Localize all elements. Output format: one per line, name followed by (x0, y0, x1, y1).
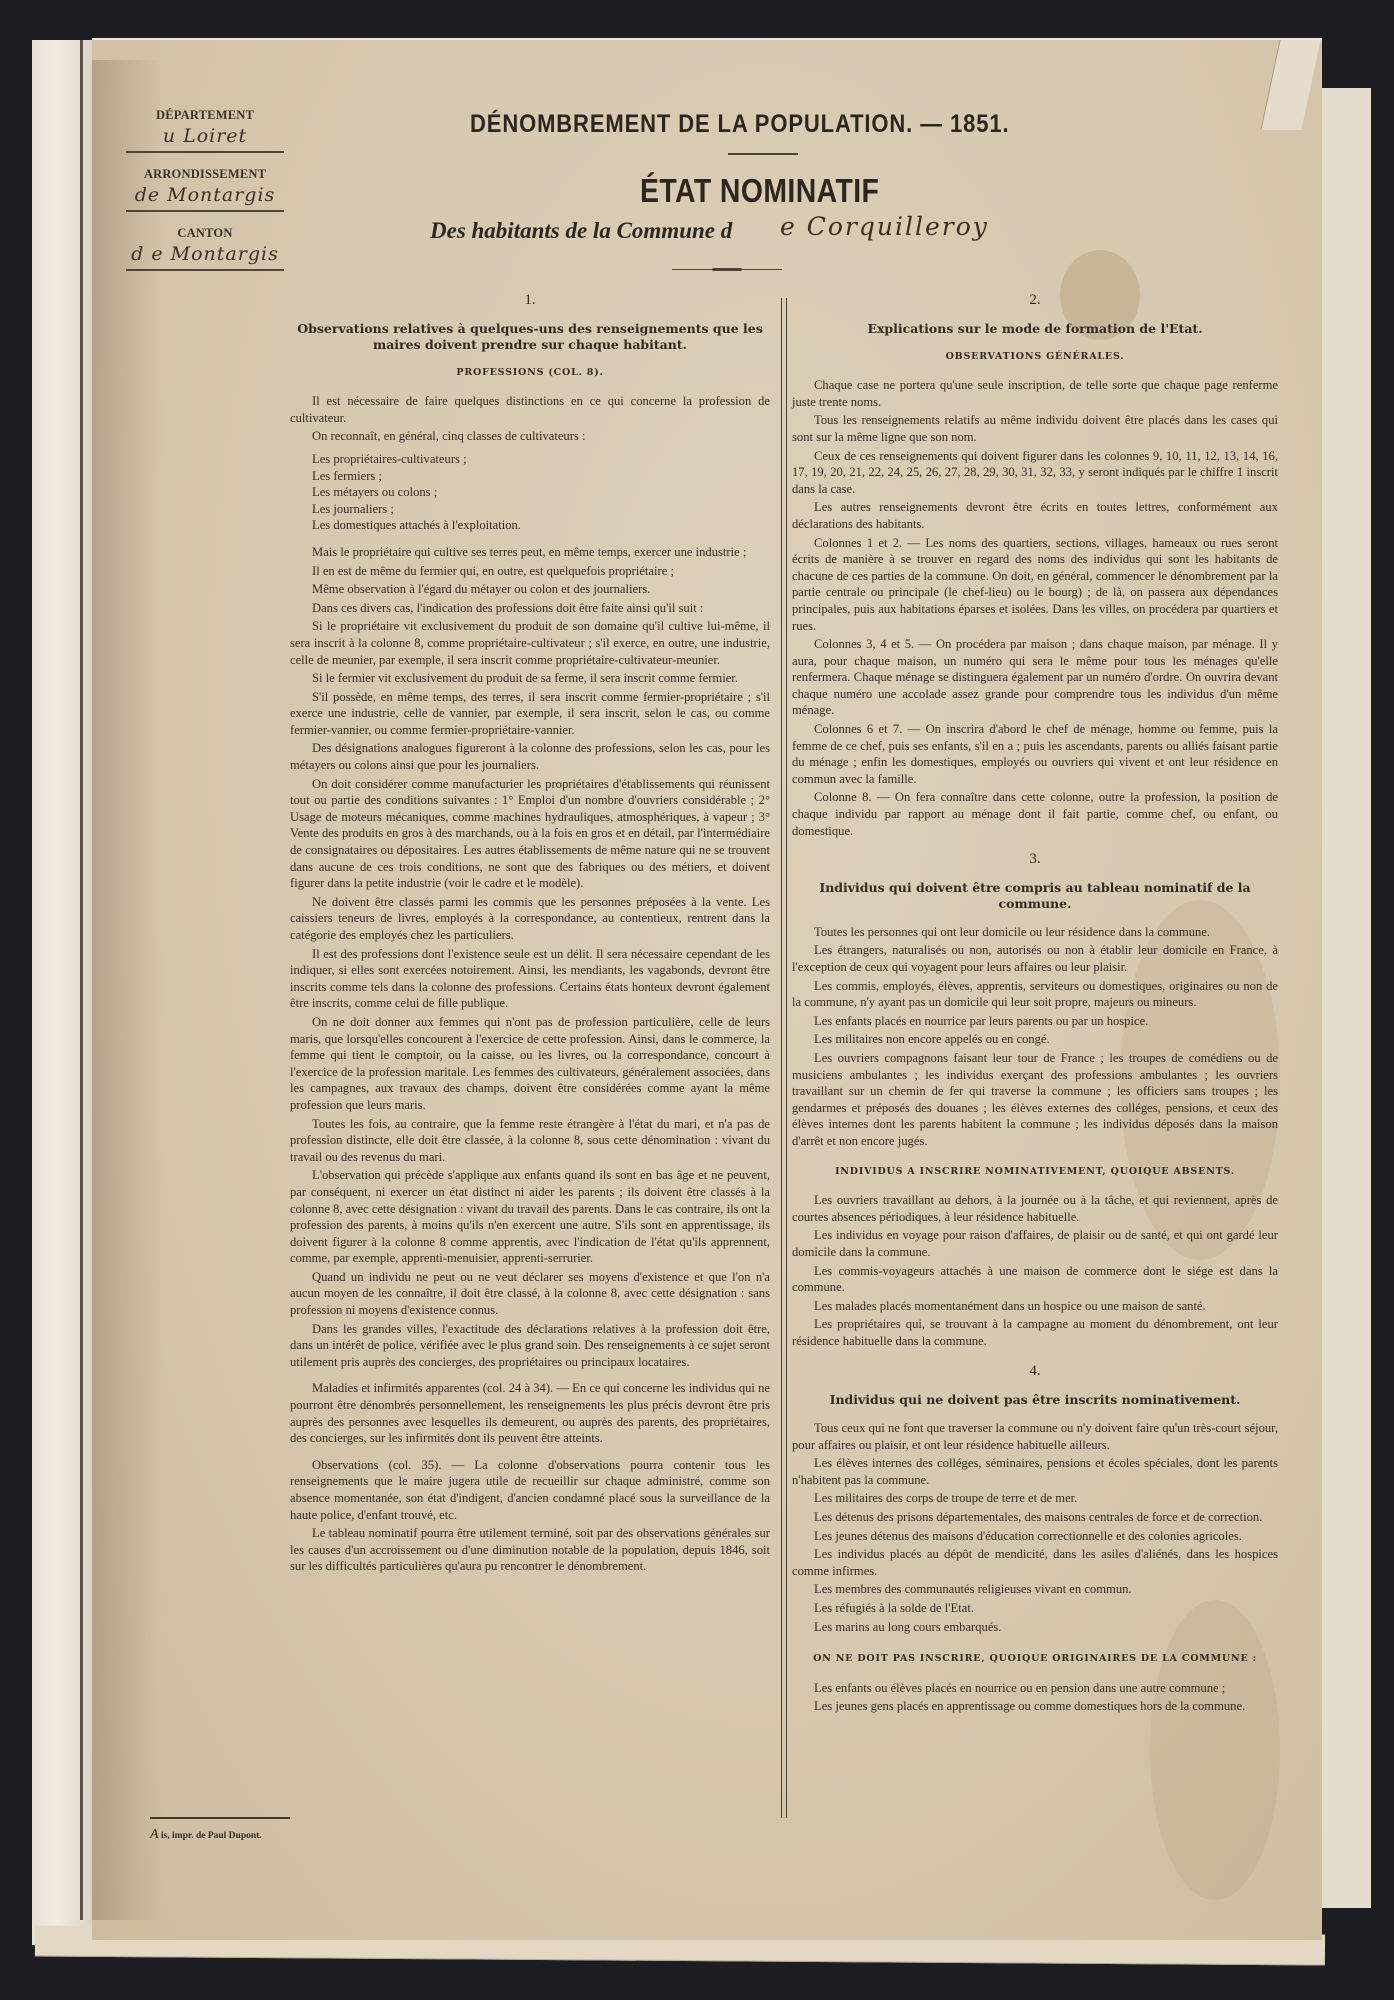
paragraph: Les jeunes détenus des maisons d'éducati… (792, 1528, 1278, 1545)
form-subtitle: Des habitants de la Commune d (430, 218, 732, 244)
section-2-explications: 2. Explications sur le mode de formation… (792, 292, 1278, 1717)
paragraph: Les individus placés au dépôt de mendici… (792, 1546, 1278, 1579)
form-title: ÉTAT NOMINATIF (640, 172, 879, 210)
paragraph: Observations (col. 35). — La colonne d'o… (290, 1457, 770, 1523)
list-item: Les domestiques attachés à l'exploitatio… (312, 517, 770, 534)
paragraph: Colonne 8. — On fera connaître dans cett… (792, 789, 1278, 839)
paragraph: Les enfants ou élèves placés en nourrice… (792, 1680, 1278, 1697)
section-number: 3. (792, 851, 1278, 868)
paragraph: Les militaires des corps de troupe de te… (792, 1490, 1278, 1507)
paragraph: Des désignations analogues figureront à … (290, 740, 770, 773)
paragraph: Dans ces divers cas, l'indication des pr… (290, 600, 770, 617)
list-item: Les fermiers ; (312, 468, 770, 485)
section-heading: Individus qui doivent être compris au ta… (792, 880, 1278, 912)
paragraph: Maladies et infirmités apparentes (col. … (290, 1380, 770, 1446)
section-heading: Explications sur le mode de formation de… (792, 321, 1278, 337)
paragraph: Tous ceux qui ne font que traverser la c… (792, 1420, 1278, 1453)
paragraph: Chaque case ne portera qu'une seule insc… (792, 377, 1278, 410)
paragraph: Les ouvriers travaillant au dehors, à la… (792, 1192, 1278, 1225)
section-subheading: ON NE DOIT PAS INSCRIRE, QUOIQUE ORIGINA… (792, 1651, 1278, 1668)
departement-label: DÉPARTEMENT (120, 108, 290, 123)
paragraph: Le tableau nominatif pourra être utileme… (290, 1525, 770, 1575)
paragraph: Les élèves internes des colléges, sémina… (792, 1455, 1278, 1488)
document-title: DÉNOMBREMENT DE LA POPULATION. — 1851. (470, 110, 1009, 139)
location-header: DÉPARTEMENT u Loiret ARRONDISSEMENT de M… (120, 108, 290, 285)
section-1-observations: 1. Observations relatives à quelques-uns… (290, 292, 770, 1577)
paragraph: Colonnes 1 et 2. — Les noms des quartier… (792, 535, 1278, 635)
paragraph: On doit considérer comme manufacturier l… (290, 776, 770, 892)
section-subheading: INDIVIDUS A INSCRIRE NOMINATIVEMENT, QUO… (792, 1164, 1278, 1181)
section-number: 2. (792, 292, 1278, 309)
list-item: Les propriétaires-cultivateurs ; (312, 451, 770, 468)
paragraph: Les malades placés momentanément dans un… (792, 1298, 1278, 1315)
paragraph: Mais le propriétaire qui cultive ses ter… (290, 544, 770, 561)
paragraph: Les individus en voyage pour raison d'af… (792, 1227, 1278, 1260)
paragraph: Il est nécessaire de faire quelques dist… (290, 393, 770, 426)
paragraph: Toutes les personnes qui ont leur domici… (792, 924, 1278, 941)
departement-value: u Loiret (120, 125, 290, 147)
section-number: 4. (792, 1363, 1278, 1380)
paragraph: Tous les renseignements relatifs au même… (792, 412, 1278, 445)
imprint-initial: A (150, 1827, 159, 1842)
paragraph: Les marins au long cours embarqués. (792, 1619, 1278, 1636)
paragraph: Ceux de ces renseignements qui doivent f… (792, 448, 1278, 498)
paragraph: L'observation qui précède s'applique aux… (290, 1167, 770, 1267)
paragraph: Les militaires non encore appelés ou en … (792, 1031, 1278, 1048)
column-divider (781, 298, 787, 1818)
arrondissement-value: de Montargis (120, 184, 290, 206)
paragraph: Les jeunes gens placés en apprentissage … (792, 1698, 1278, 1715)
paragraph: Dans les grandes villes, l'exactitude de… (290, 1321, 770, 1371)
spine-fold-line (80, 40, 83, 1920)
arrondissement-label: ARRONDISSEMENT (120, 167, 290, 182)
commune-name: e Corquilleroy (780, 212, 989, 241)
rule (126, 151, 284, 153)
paragraph: On ne doit donner aux femmes qui n'ont p… (290, 1014, 770, 1114)
paragraph: Toutes les fois, au contraire, que la fe… (290, 1116, 770, 1166)
section-heading: Observations relatives à quelques-uns de… (290, 321, 770, 353)
paragraph: Quand un individu ne peut ou ne veut déc… (290, 1269, 770, 1319)
paragraph: Les ouvriers compagnons faisant leur tou… (792, 1050, 1278, 1150)
canton-value: d e Montargis (120, 243, 290, 265)
paragraph: Il en est de même du fermier qui, en out… (290, 563, 770, 580)
paragraph: Les commis, employés, élèves, apprentis,… (792, 978, 1278, 1011)
paragraph: Les propriétaires qui, se trouvant à la … (792, 1316, 1278, 1349)
imprint-text: is, impr. de Paul Dupont. (161, 1831, 262, 1841)
section-number: 1. (290, 292, 770, 309)
paragraph: Si le fermier vit exclusivement du produ… (290, 670, 770, 687)
rule (126, 210, 284, 212)
paragraph: Les enfants placés en nourrice par leurs… (792, 1013, 1278, 1030)
paragraph: S'il possède, en même temps, des terres,… (290, 689, 770, 739)
paragraph: Même observation à l'égard du métayer ou… (290, 581, 770, 598)
section-subheading: PROFESSIONS (COL. 8). (290, 365, 770, 382)
paragraph: Colonnes 6 et 7. — On inscrira d'abord l… (792, 721, 1278, 787)
paragraph: Il est des professions dont l'existence … (290, 946, 770, 1012)
ornament-rule (672, 268, 782, 272)
fold-shadow (92, 60, 162, 1920)
list-item: Les métayers ou colons ; (312, 484, 770, 501)
paragraph: Les réfugiés à la solde de l'Etat. (792, 1600, 1278, 1617)
section-subheading: OBSERVATIONS GÉNÉRALES. (792, 349, 1278, 366)
section-heading: Individus qui ne doivent pas être inscri… (792, 1392, 1278, 1408)
paragraph: Les membres des communautés religieuses … (792, 1581, 1278, 1598)
canton-label: CANTON (120, 226, 290, 241)
list-item: Les journaliers ; (312, 501, 770, 518)
printer-imprint: A is, impr. de Paul Dupont. (150, 1817, 290, 1843)
title-rule (728, 153, 798, 155)
paragraph: Si le propriétaire vit exclusivement du … (290, 618, 770, 668)
binding-spine (32, 40, 94, 1945)
paragraph: Les étrangers, naturalisés ou non, autor… (792, 942, 1278, 975)
paragraph: Les commis-voyageurs attachés à une mais… (792, 1263, 1278, 1296)
rule (126, 269, 284, 271)
paragraph: Ne doivent être classés parmi les commis… (290, 894, 770, 944)
paragraph: On reconnaît, en général, cinq classes d… (290, 428, 770, 445)
cultivator-classes-list: Les propriétaires-cultivateurs ; Les fer… (290, 451, 770, 534)
paragraph: Les détenus des prisons départementales,… (792, 1509, 1278, 1526)
paragraph: Colonnes 3, 4 et 5. — On procédera par m… (792, 636, 1278, 719)
paragraph: Les autres renseignements devront être é… (792, 499, 1278, 532)
